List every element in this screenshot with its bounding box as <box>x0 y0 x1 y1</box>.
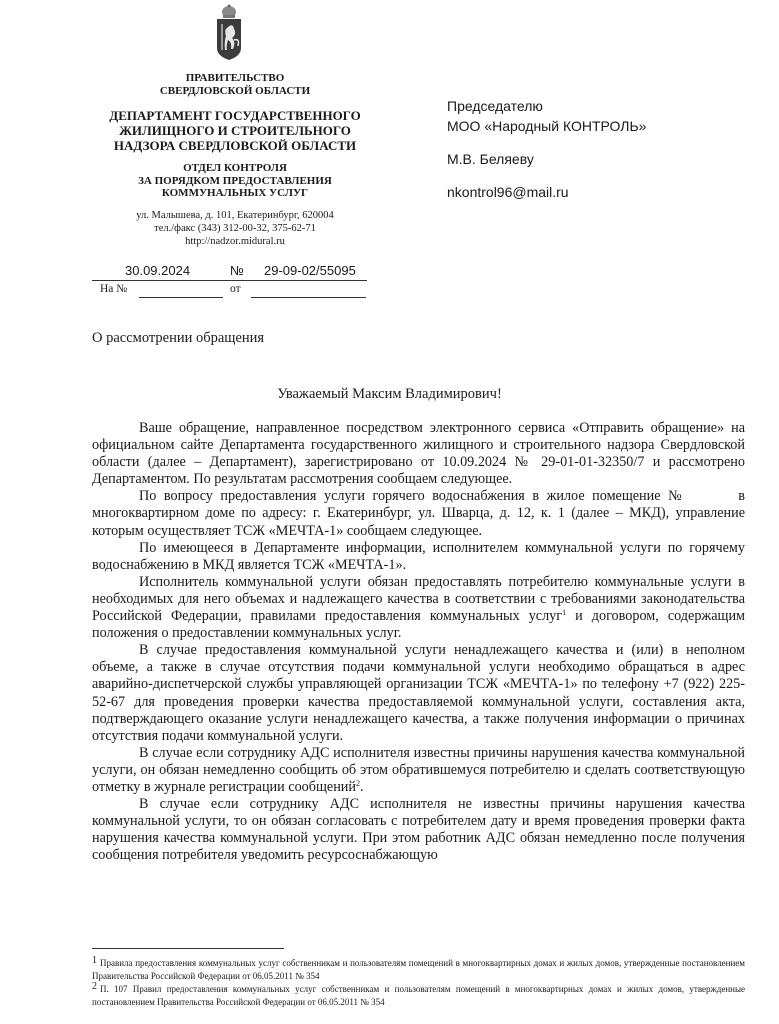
reference-number-blank <box>139 297 223 298</box>
paragraph: В случае если сотруднику АДС исполнителя… <box>92 745 745 796</box>
letter-subject: О рассмотрении обращения <box>92 330 264 347</box>
paragraph: В случае если сотруднику АДС исполнителя… <box>92 796 745 864</box>
letterhead-contacts: ул. Малышева, д. 101, Екатеринбург, 6200… <box>90 209 380 248</box>
footnote-ref[interactable]: 1 <box>562 608 566 617</box>
coat-of-arms-icon <box>214 4 244 62</box>
paragraph: Ваше обращение, направленное посредством… <box>92 420 745 488</box>
paragraph: По вопросу предоставления услуги горячег… <box>92 488 745 539</box>
paragraph: По имеющееся в Департаменте информации, … <box>92 540 745 574</box>
reference-number-label: На № <box>100 283 127 295</box>
footnote-separator <box>92 948 284 949</box>
website-link[interactable]: http://nadzor.midural.ru <box>90 235 380 248</box>
registration-number-sign: № <box>230 263 244 278</box>
addressee-organization: МОО «Народный КОНТРОЛЬ» <box>447 116 646 136</box>
paragraph: В случае предоставления коммунальной усл… <box>92 642 745 745</box>
letter-body: Ваше обращение, направленное посредством… <box>92 420 745 864</box>
footnote: 1Правила предоставления коммунальных усл… <box>92 957 745 983</box>
addressee-name: М.В. Беляеву <box>447 149 646 169</box>
letterhead-department: ДЕПАРТАМЕНТ ГОСУДАРСТВЕННОГО ЖИЛИЩНОГО И… <box>90 108 380 153</box>
addressee-block: Председателю МОО «Народный КОНТРОЛЬ» М.В… <box>447 96 646 202</box>
registration-rule <box>92 280 367 281</box>
addressee-title: Председателю <box>447 96 646 116</box>
registration-number: 29-09-02/55095 <box>264 263 356 278</box>
reference-date-label: от <box>230 283 241 295</box>
letterhead-government: ПРАВИТЕЛЬСТВО СВЕРДЛОВСКОЙ ОБЛАСТИ <box>90 72 380 97</box>
footnote: 2П. 107 Правил предоставления коммунальн… <box>92 983 745 1009</box>
reference-date-blank <box>251 297 366 298</box>
salutation: Уважаемый Максим Владимирович! <box>0 386 779 403</box>
registration-date: 30.09.2024 <box>125 263 190 278</box>
letterhead-division: ОТДЕЛ КОНТРОЛЯ ЗА ПОРЯДКОМ ПРЕДОСТАВЛЕНИ… <box>90 162 380 200</box>
paragraph: Исполнитель коммунальной услуги обязан п… <box>92 574 745 642</box>
footnotes: 1Правила предоставления коммунальных усл… <box>92 957 745 1009</box>
addressee-email[interactable]: nkontrol96@mail.ru <box>447 182 646 202</box>
